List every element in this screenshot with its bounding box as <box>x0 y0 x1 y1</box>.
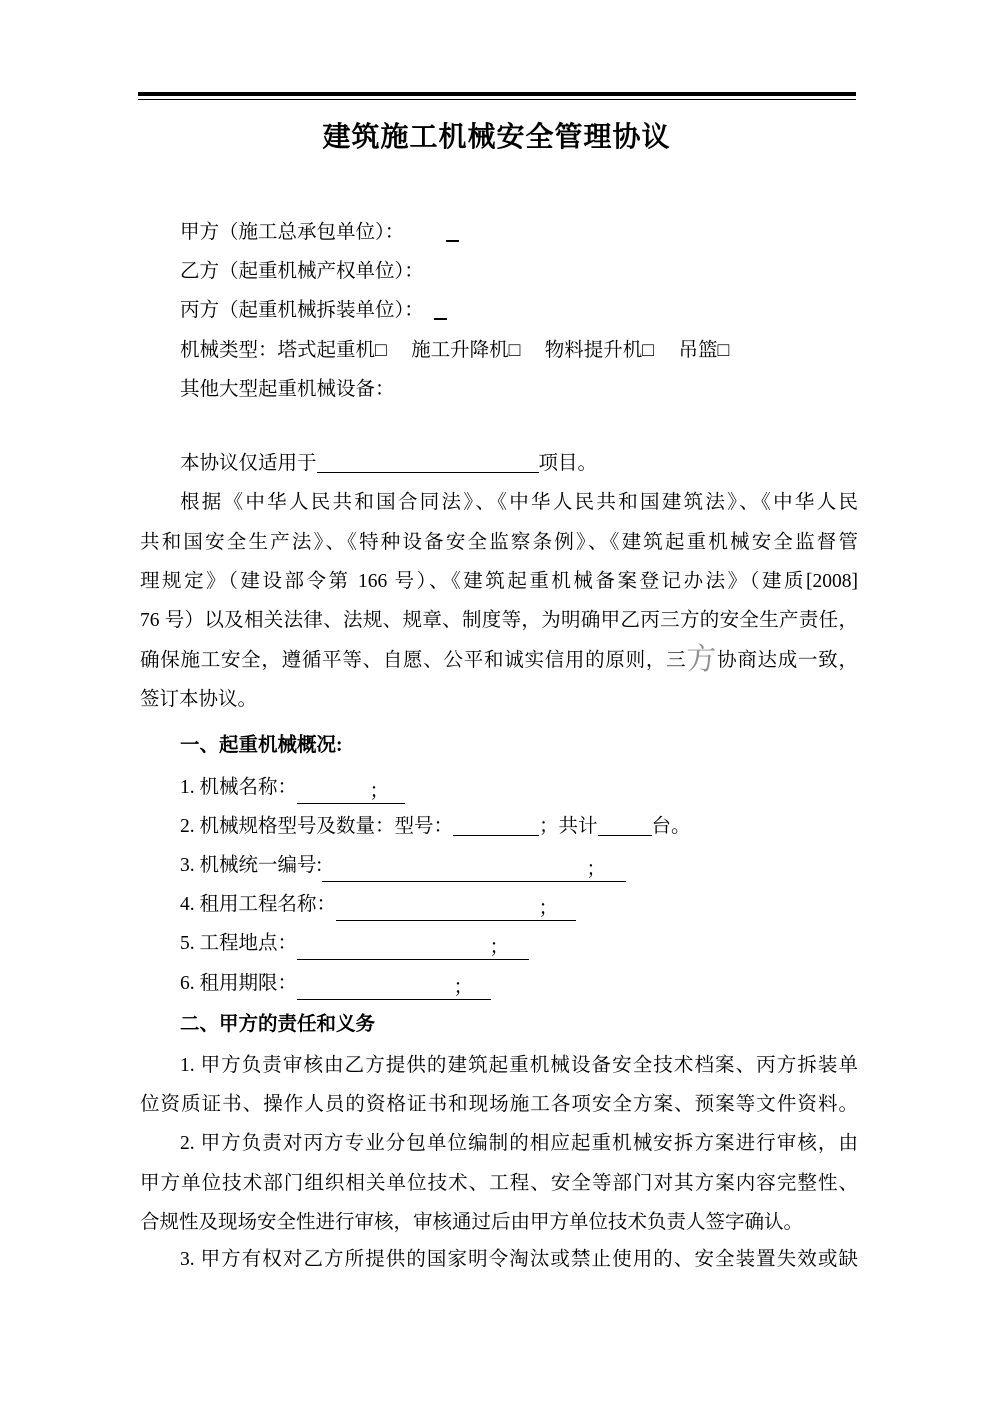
watermark-character: 方 <box>686 643 717 676</box>
other-equipment-line: 其他大型起重机械设备： <box>140 375 858 405</box>
intro-line-1-text: 根据《中华人民共和国合同法》、《中华人民共和国建筑法》、《中华人民 <box>180 492 858 513</box>
intro-line-5-text-after: 协商达成一致， <box>717 650 858 671</box>
section-2-heading: 二、甲方的责任和义务 <box>140 1010 858 1040</box>
page-title: 建筑施工机械安全管理协议 <box>0 118 993 158</box>
item-5-label: 5. 工程地点： <box>180 933 297 954</box>
applies-suffix: 项目。 <box>539 453 598 474</box>
project-name-blank[interactable] <box>317 449 539 473</box>
rental-period-blank[interactable]: ； <box>297 976 491 1000</box>
intro-line-2-text: 共和国安全生产法》、《特种设备安全监察条例》、《建筑起重机械安全监督管 <box>140 532 858 553</box>
quantity-blank[interactable] <box>598 812 652 836</box>
section-1-heading-text: 一、起重机械概况: <box>180 735 343 756</box>
party-b-line: 乙方（起重机械产权单位）： <box>140 257 858 287</box>
clause-2-line-3-text: 合规性及现场安全性进行审核，审核通过后由甲方单位技术负责人签字确认。 <box>140 1212 803 1233</box>
clause-2-line-1: 2. 甲方负责对丙方专业分包单位编制的相应起重机械安拆方案进行审核，由 <box>140 1129 858 1159</box>
item-project-name: 4. 租用工程名称：； <box>140 890 858 921</box>
document-page: { "page": { "background": "#ffffff", "te… <box>0 0 993 1404</box>
party-a-fill-mark[interactable] <box>446 226 459 242</box>
clause-1-line-1-text: 1. 甲方负责审核由乙方提供的建筑起重机械设备安全技术档案、丙方拆装单 <box>180 1055 858 1076</box>
model-blank[interactable] <box>453 812 539 836</box>
clause-1-line-2: 位资质证书、操作人员的资格证书和现场施工各项安全方案、预案等文件资料。 <box>140 1090 858 1120</box>
item-project-location: 5. 工程地点：； <box>140 929 858 960</box>
intro-line-5: 确保施工安全，遵循平等、自愿、公平和诚实信用的原则，三方协商达成一致， <box>140 646 858 676</box>
item-machine-name: 1. 机械名称：； <box>140 773 858 804</box>
header-rule <box>138 92 856 100</box>
party-a-line: 甲方（施工总承包单位）： <box>140 218 858 248</box>
intro-line-5-text: 确保施工安全，遵循平等、自愿、公平和诚实信用的原则，三 <box>140 650 686 671</box>
section-2-heading-text: 二、甲方的责任和义务 <box>180 1014 375 1035</box>
intro-line-3: 理规定》（建设部令第 166 号）、《建筑起重机械备案登记办法》（建质[2008… <box>140 567 858 597</box>
item-4-label: 4. 租用工程名称： <box>180 894 336 915</box>
project-location-blank[interactable]: ； <box>297 936 529 960</box>
applies-prefix: 本协议仅适用于 <box>180 453 317 474</box>
item-2-label: 2. 机械规格型号及数量：型号： <box>180 816 453 837</box>
intro-line-3-text: 理规定》（建设部令第 166 号）、《建筑起重机械备案登记办法》（建质[2008… <box>140 571 858 592</box>
other-equipment-text: 其他大型起重机械设备： <box>180 379 395 400</box>
party-a-label: 甲方（施工总承包单位）： <box>180 222 404 243</box>
intro-line-2: 共和国安全生产法》、《特种设备安全监察条例》、《建筑起重机械安全监督管 <box>140 528 858 558</box>
clause-3-line-1: 3. 甲方有权对乙方所提供的国家明令淘汰或禁止使用的、安全装置失效或缺 <box>140 1245 858 1275</box>
item-unified-number: 3. 机械统一编号:； <box>140 851 858 882</box>
party-b-label: 乙方（起重机械产权单位）： <box>180 261 424 282</box>
machine-name-blank[interactable]: ； <box>297 780 405 804</box>
rental-project-blank[interactable]: ； <box>336 897 576 921</box>
applies-line: 本协议仅适用于项目。 <box>140 449 858 479</box>
party-c-label: 丙方（起重机械拆装单位）： <box>180 300 424 321</box>
section-1-heading: 一、起重机械概况: <box>140 731 858 761</box>
clause-2-line-1-text: 2. 甲方负责对丙方专业分包单位编制的相应起重机械安拆方案进行审核，由 <box>180 1133 858 1154</box>
item-1-label: 1. 机械名称： <box>180 777 297 798</box>
clause-2-line-3: 合规性及现场安全性进行审核，审核通过后由甲方单位技术负责人签字确认。 <box>140 1208 858 1238</box>
clause-1-line-1: 1. 甲方负责审核由乙方提供的建筑起重机械设备安全技术档案、丙方拆装单 <box>140 1051 858 1081</box>
machine-type-text: 机械类型：塔式起重机□ 施工升降机□ 物料提升机□ 吊篮□ <box>180 340 729 361</box>
clause-1-line-2-text: 位资质证书、操作人员的资格证书和现场施工各项安全方案、预案等文件资料。 <box>140 1094 858 1115</box>
item-2-mid-text: ；共计 <box>539 816 598 837</box>
item-2-tail-text: 台。 <box>652 816 691 837</box>
party-c-fill-mark[interactable] <box>434 304 447 320</box>
unified-number-blank[interactable]: ； <box>322 858 626 882</box>
item-rental-period: 6. 租用期限：； <box>140 969 858 1000</box>
clause-3-line-1-text: 3. 甲方有权对乙方所提供的国家明令淘汰或禁止使用的、安全装置失效或缺 <box>180 1249 858 1270</box>
clause-2-line-2: 甲方单位技术部门组织相关单位技术、工程、安全等部门对其方案内容完整性、 <box>140 1169 858 1199</box>
clause-2-line-2-text: 甲方单位技术部门组织相关单位技术、工程、安全等部门对其方案内容完整性、 <box>140 1173 858 1194</box>
item-model-quantity: 2. 机械规格型号及数量：型号：；共计台。 <box>140 812 858 842</box>
item-3-label: 3. 机械统一编号: <box>180 855 322 876</box>
machine-type-line: 机械类型：塔式起重机□ 施工升降机□ 物料提升机□ 吊篮□ <box>140 336 858 366</box>
intro-line-4: 76 号）以及相关法律、法规、规章、制度等，为明确甲乙丙三方的安全生产责任， <box>140 606 858 636</box>
intro-line-4-text: 76 号）以及相关法律、法规、规章、制度等，为明确甲乙丙三方的安全生产责任， <box>140 610 858 631</box>
intro-line-1: 根据《中华人民共和国合同法》、《中华人民共和国建筑法》、《中华人民 <box>140 488 858 518</box>
intro-line-6: 签订本协议。 <box>140 685 858 715</box>
intro-line-6-text: 签订本协议。 <box>140 689 257 710</box>
party-c-line: 丙方（起重机械拆装单位）： <box>140 296 858 326</box>
item-6-label: 6. 租用期限： <box>180 973 297 994</box>
